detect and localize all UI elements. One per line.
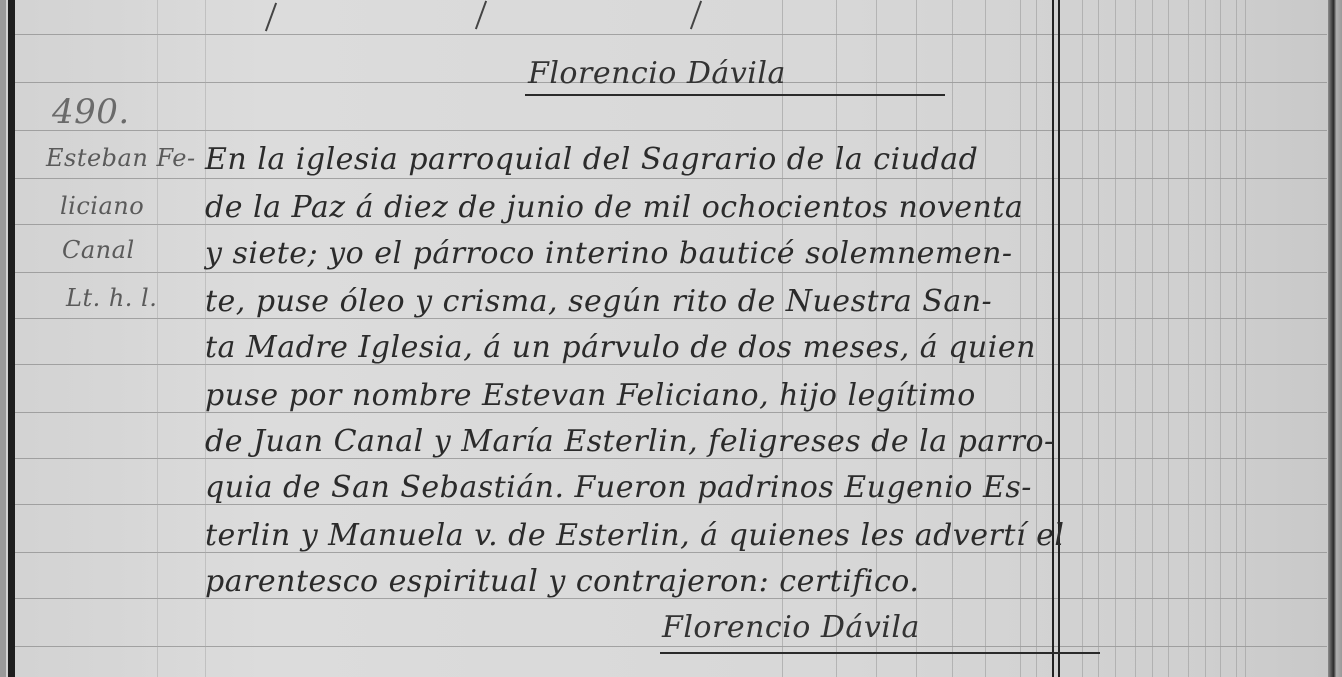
bottom-signature-underline bbox=[660, 652, 1100, 654]
body-line: puse por nombre Estevan Feliciano, hijo … bbox=[205, 378, 976, 413]
margin-rule bbox=[157, 0, 158, 677]
ruled-line bbox=[15, 34, 1327, 35]
margin-note-line: Esteban Fe- bbox=[46, 144, 196, 172]
ruled-line bbox=[15, 130, 1327, 131]
body-line: de la Paz á diez de junio de mil ochocie… bbox=[205, 190, 1023, 225]
column-rule bbox=[1082, 0, 1083, 677]
column-rule bbox=[1115, 0, 1116, 677]
body-line: quia de San Sebastián. Fueron padrinos E… bbox=[205, 470, 1032, 505]
binding-bar bbox=[8, 0, 15, 677]
margin-note-line: Lt. h. l. bbox=[66, 284, 157, 312]
ruled-line bbox=[15, 178, 1327, 179]
register-page: Florencio Dávila 490. Esteban Fe- lician… bbox=[0, 0, 1342, 677]
column-rule bbox=[1245, 0, 1246, 677]
column-rule bbox=[1135, 0, 1136, 677]
margin-note-line: liciano bbox=[60, 192, 144, 220]
page-binding-edge bbox=[0, 0, 6, 677]
top-signature: Florencio Dávila bbox=[528, 56, 786, 91]
body-line: te, puse óleo y crisma, según rito de Nu… bbox=[205, 284, 992, 319]
body-line: terlin y Manuela v. de Esterlin, á quien… bbox=[205, 518, 1064, 553]
previous-entry-ink-stroke bbox=[265, 3, 277, 32]
column-rule bbox=[1220, 0, 1221, 677]
previous-entry-ink-stroke bbox=[690, 1, 702, 30]
column-rule bbox=[1188, 0, 1189, 677]
body-line: parentesco espiritual y contrajeron: cer… bbox=[205, 564, 919, 599]
body-line: ta Madre Iglesia, á un párvulo de dos me… bbox=[205, 330, 1036, 365]
ruled-line bbox=[15, 272, 1327, 273]
entry-number: 490. bbox=[52, 92, 130, 132]
bottom-signature: Florencio Dávila bbox=[662, 610, 920, 645]
double-column-rule bbox=[1052, 0, 1060, 677]
column-rule bbox=[1168, 0, 1169, 677]
column-rule bbox=[1205, 0, 1206, 677]
body-line: de Juan Canal y María Esterlin, feligres… bbox=[205, 424, 1055, 459]
column-rule bbox=[1152, 0, 1153, 677]
ruled-line bbox=[15, 646, 1327, 647]
column-rule bbox=[1236, 0, 1237, 677]
body-line: y siete; yo el párroco interino bauticé … bbox=[205, 236, 1013, 271]
body-line: En la iglesia parroquial del Sagrario de… bbox=[205, 142, 978, 177]
top-signature-underline bbox=[525, 94, 945, 96]
margin-note-line: Canal bbox=[62, 236, 135, 264]
column-rule bbox=[1036, 0, 1037, 677]
page-right-edge bbox=[1328, 0, 1342, 677]
previous-entry-ink-stroke bbox=[475, 1, 487, 30]
column-rule bbox=[1098, 0, 1099, 677]
